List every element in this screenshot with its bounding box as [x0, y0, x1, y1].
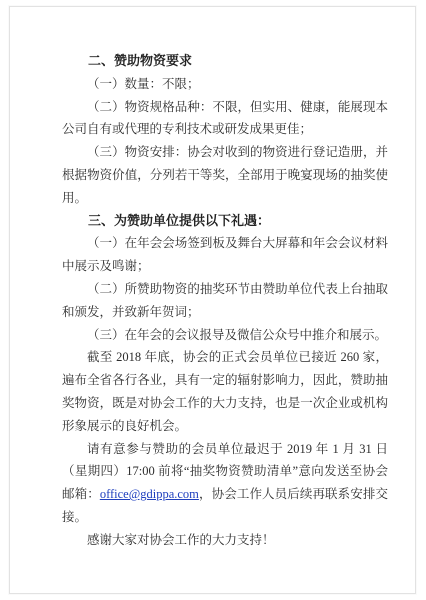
paragraph-benefit-lottery: （二）所赞助物资的抽奖环节由赞助单位代表上台抽取和颁发，并致新年贺词； [62, 278, 388, 324]
paragraph-thanks: 感谢大家对协会工作的大力支持！ [62, 529, 388, 552]
paragraph-goods-arrangement: （三）物资安排：协会对收到的物资进行登记造册，并根据物资价值，分列若干等奖，全部… [62, 141, 388, 209]
paragraph-contact: 请有意参与赞助的会员单位最迟于 2019 年 1 月 31 日（星期四）17:0… [62, 438, 388, 529]
paragraph-benefit-promotion: （三）在年会的会议报导及微信公众号中推介和展示。 [62, 324, 388, 347]
section-heading-sponsor-goods-requirements: 二、赞助物资要求 [62, 50, 388, 73]
paragraph-membership-stats: 截至 2018 年底，协会的正式会员单位已接近 260 家，遍布全省各行各业，具… [62, 346, 388, 437]
paragraph-goods-spec: （二）物资规格品种：不限，但实用、健康，能展现本公司自有或代理的专利技术或研发成… [62, 96, 388, 142]
email-link[interactable]: office@gdippa.com [100, 487, 199, 501]
paragraph-quantity: （一）数量：不限； [62, 73, 388, 96]
document-page: 二、赞助物资要求 （一）数量：不限； （二）物资规格品种：不限，但实用、健康，能… [9, 6, 416, 594]
document-content: 二、赞助物资要求 （一）数量：不限； （二）物资规格品种：不限，但实用、健康，能… [62, 50, 388, 552]
paragraph-benefit-display: （一）在年会会场签到板及舞台大屏幕和年会会议材料中展示及鸣谢； [62, 232, 388, 278]
section-heading-sponsor-benefits: 三、为赞助单位提供以下礼遇： [62, 210, 388, 233]
